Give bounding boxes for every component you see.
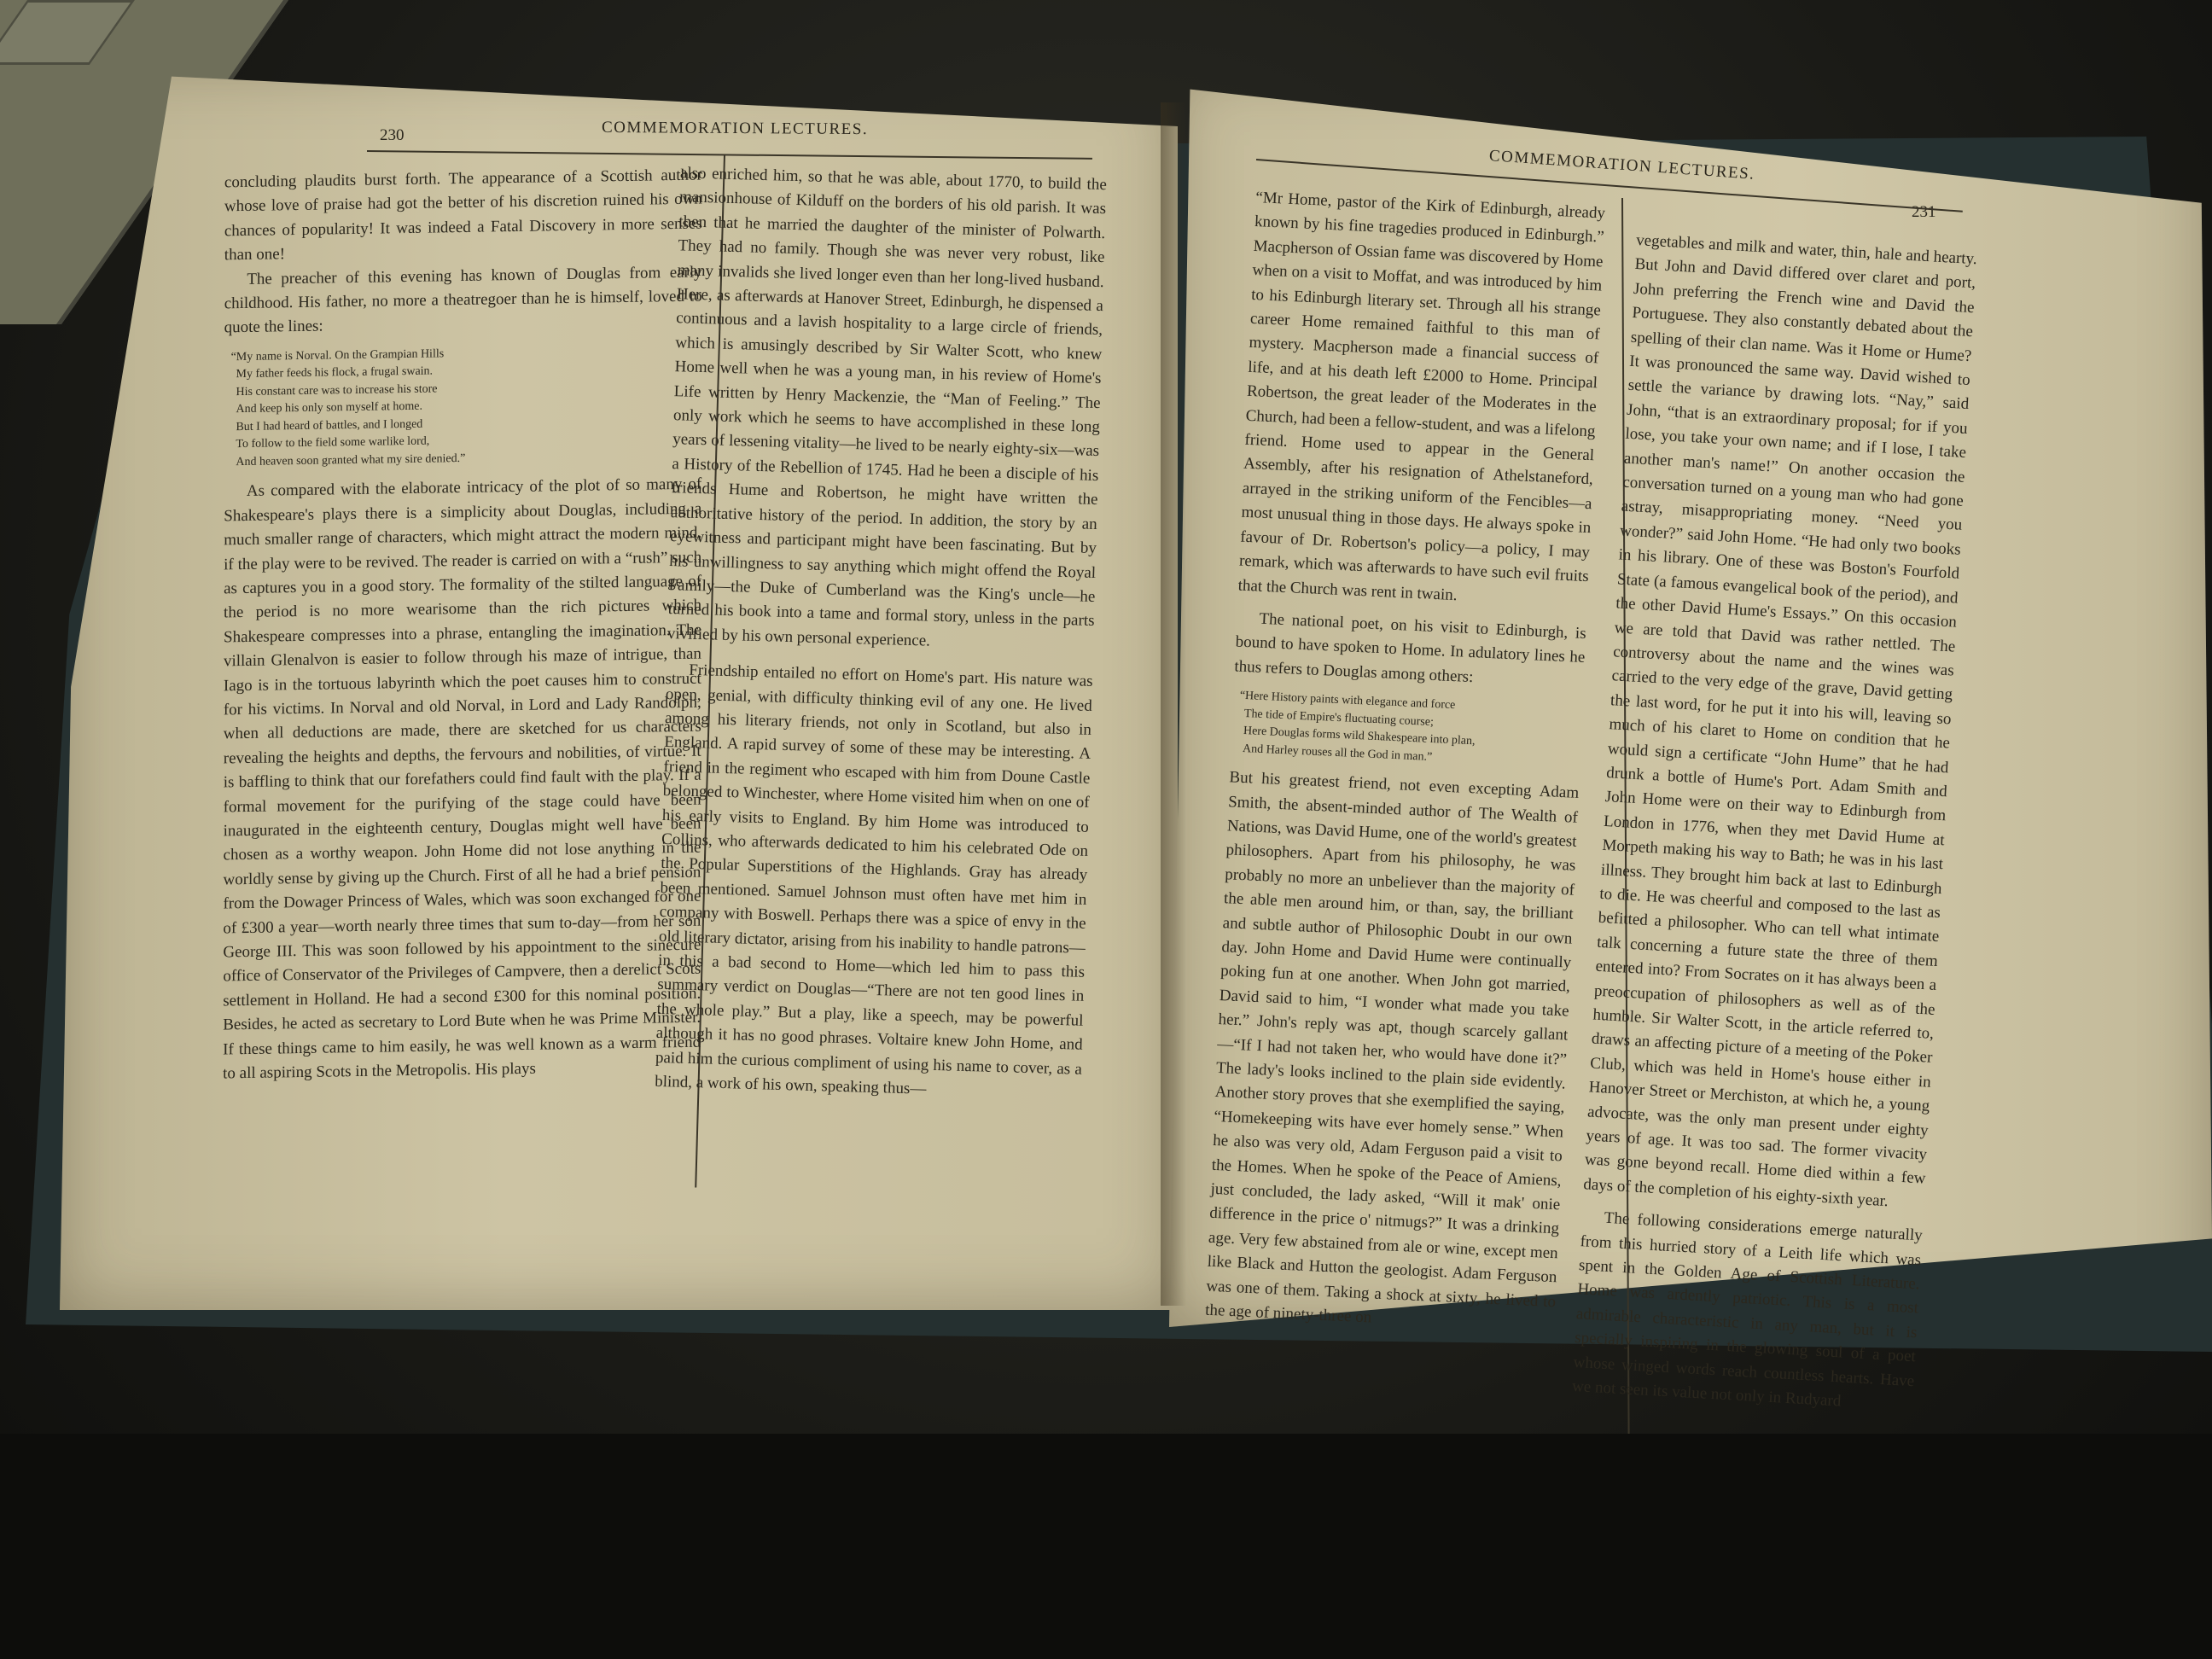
running-head-left: COMMEMORATION LECTURES. xyxy=(602,119,868,139)
paragraph: Friendship entailed no effort on Home's … xyxy=(655,658,1093,1106)
right-page-column-2: vegetables and milk and water, thin, hal… xyxy=(1571,229,1977,1418)
paragraph: vegetables and milk and water, thin, hal… xyxy=(1583,229,1978,1216)
left-page-column-2: also enriched him, so that he was able, … xyxy=(655,161,1107,1106)
left-page-column-1: concluding plaudits burst forth. The app… xyxy=(223,164,702,1086)
paragraph: As compared with the elaborate intricacy… xyxy=(223,473,701,1086)
verse-quotation: “My name is Norval. On the Grampian Hill… xyxy=(230,341,701,471)
paragraph: The following considerations emerge natu… xyxy=(1571,1205,1923,1417)
paragraph: “Mr Home, pastor of the Kirk of Edinburg… xyxy=(1237,186,1605,614)
keyboard-key xyxy=(0,0,135,65)
paragraph: also enriched him, so that he was able, … xyxy=(667,161,1107,658)
page-number-right: 231 xyxy=(1912,203,1936,222)
right-page-column-1: “Mr Home, pastor of the Kirk of Edinburg… xyxy=(1205,186,1606,1339)
book-gutter xyxy=(1161,102,1186,1306)
verse-quotation: “Here History paints with elegance and f… xyxy=(1237,688,1583,773)
paragraph: But his greatest friend, not even except… xyxy=(1205,765,1580,1338)
page-number-left: 230 xyxy=(380,126,405,145)
paragraph: concluding plaudits burst forth. The app… xyxy=(224,164,702,268)
paragraph: The national poet, on his visit to Edinb… xyxy=(1234,606,1586,695)
table-shadow xyxy=(0,1434,2212,1659)
paragraph: The preacher of this evening has known o… xyxy=(224,260,702,341)
